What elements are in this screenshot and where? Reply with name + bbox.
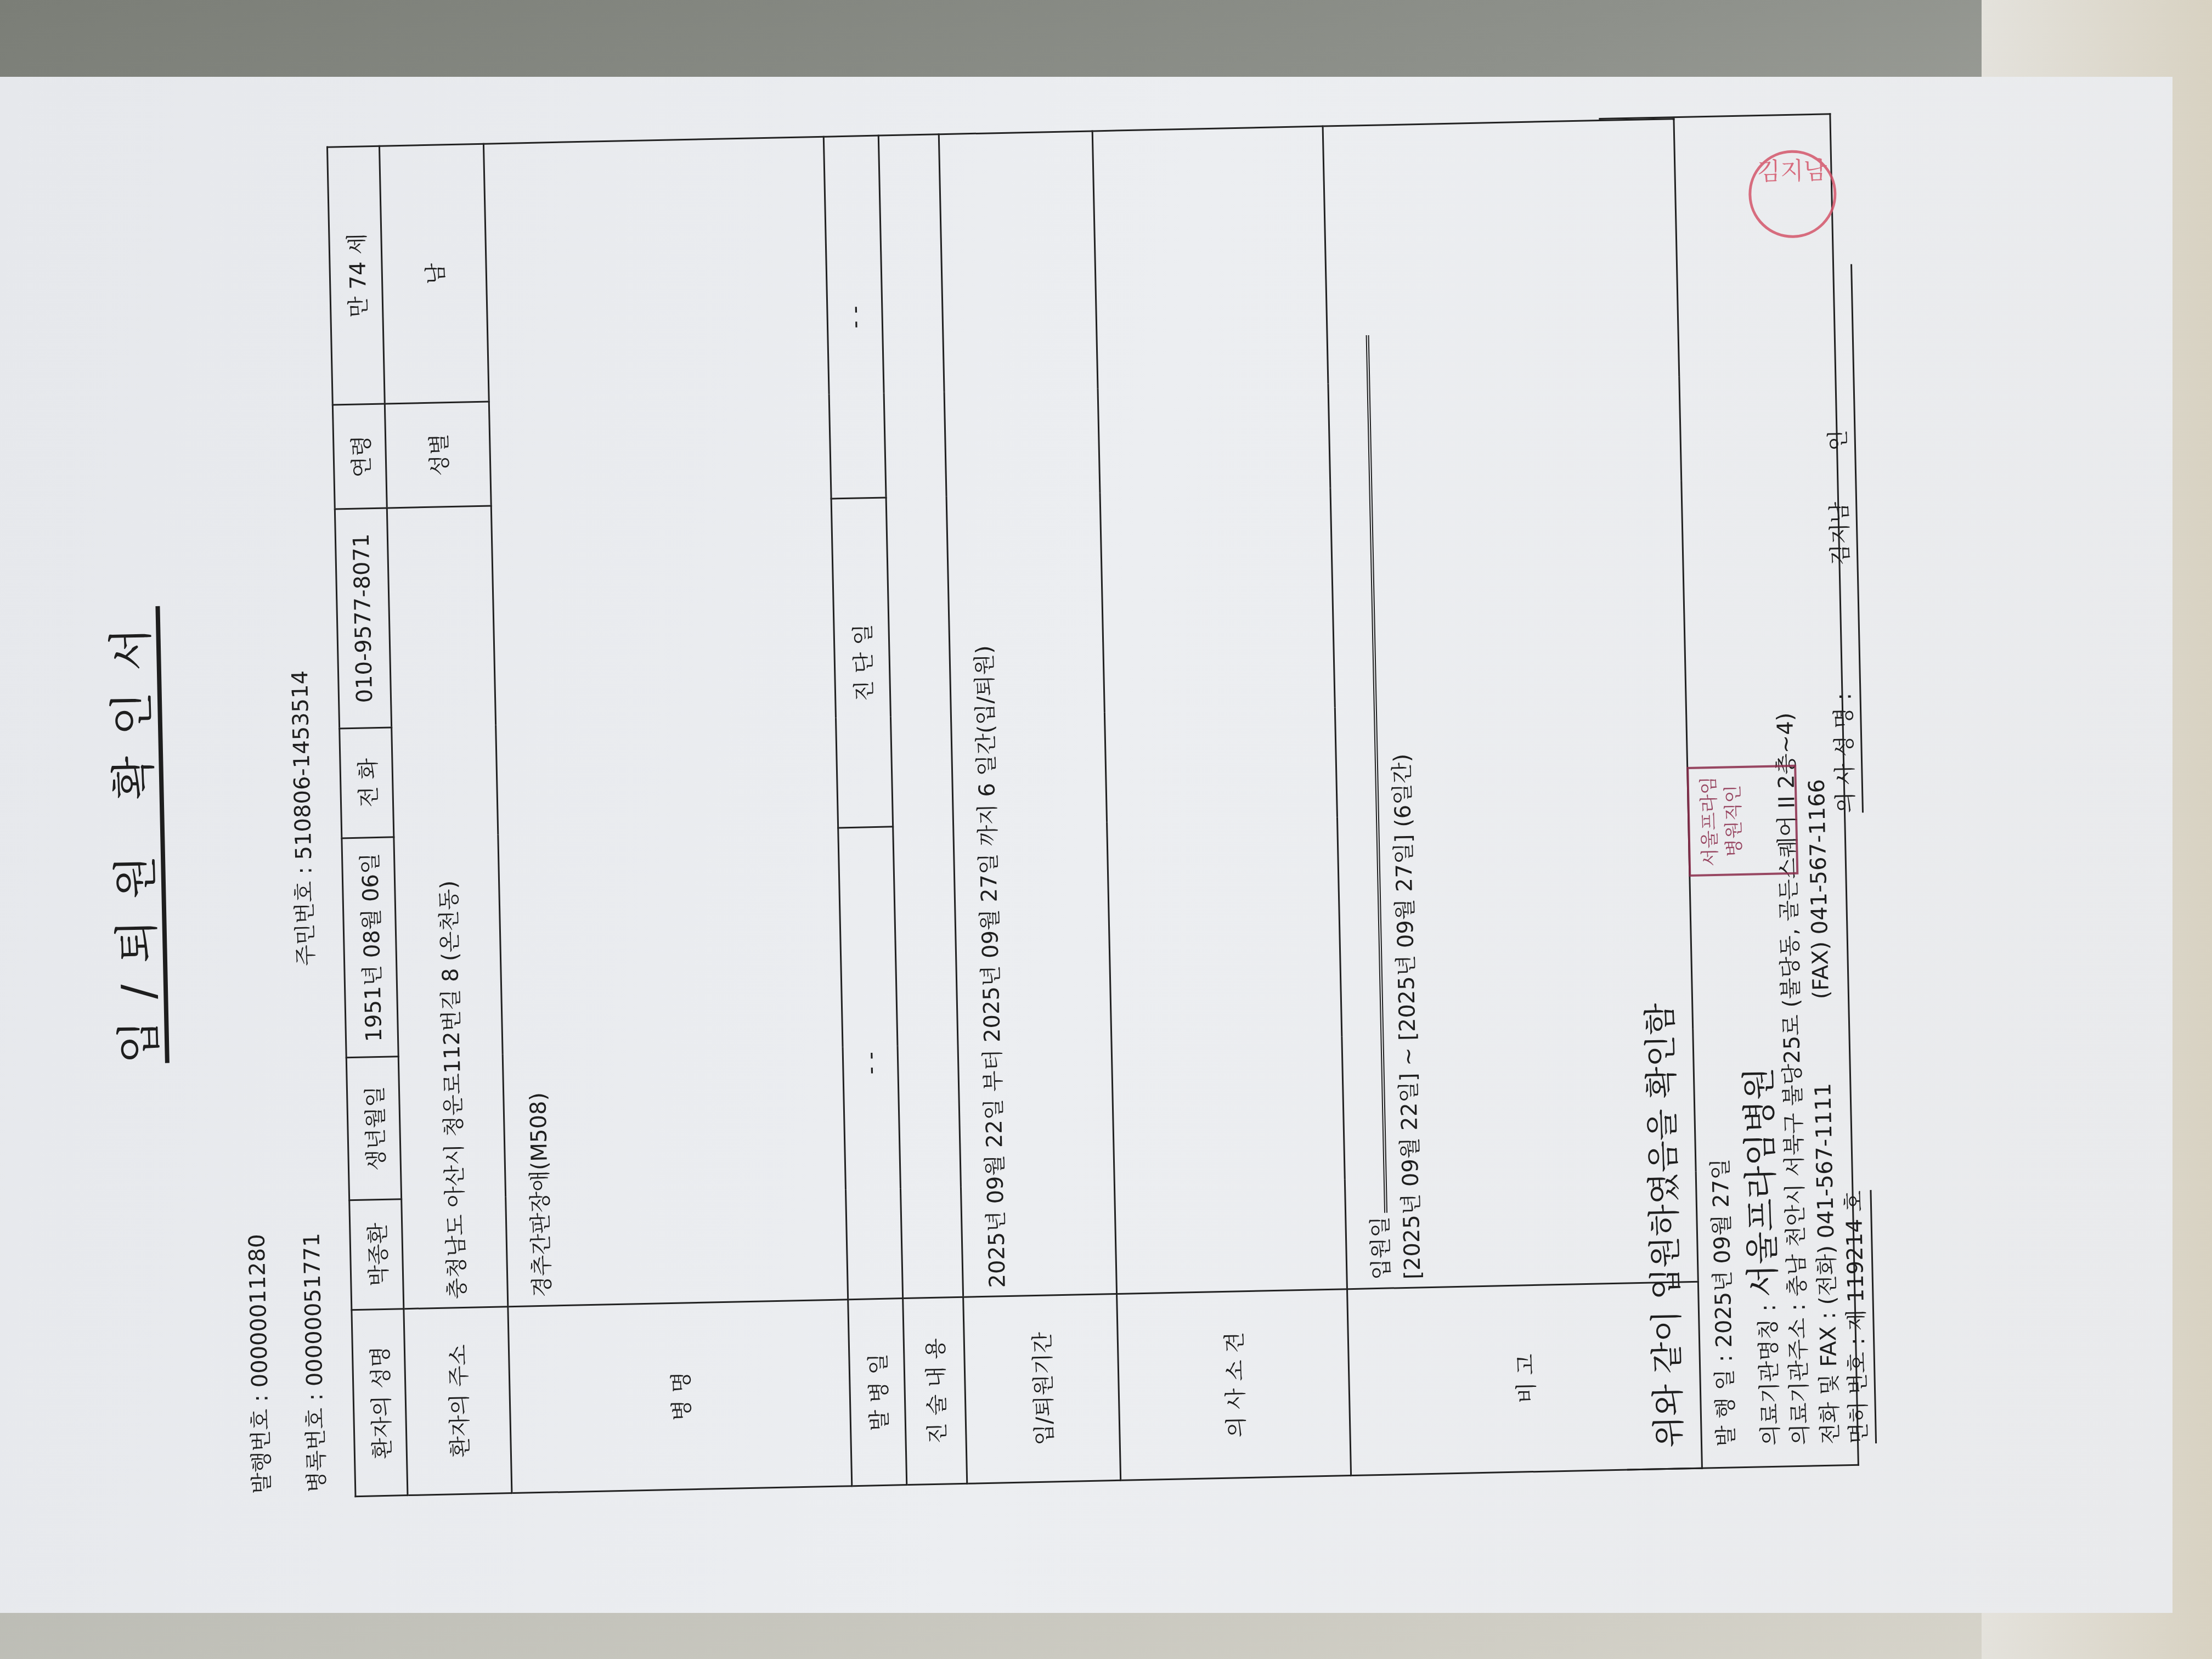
- sex-label: 성별: [385, 402, 491, 508]
- patient-sex: 남: [379, 144, 489, 404]
- patient-age: 만 74 세: [327, 146, 385, 405]
- period-value: 2025년 09월 22일 부터 2025년 09월 27일 까지 6 일간(입…: [939, 131, 1116, 1297]
- phone-label: 전 화: [340, 727, 394, 838]
- certificate-table: 환자의 성명 박종환 생년월일 1951년 08월 06일 전 화 010-95…: [326, 118, 1703, 1497]
- document-title: 입/퇴원 확인서: [83, 80, 179, 1590]
- period-label: 입/퇴원기간: [963, 1294, 1121, 1483]
- hospital-seal-stamp: 서울프라임병원직인: [1686, 765, 1798, 877]
- address-label: 환자의 주소: [404, 1307, 512, 1496]
- patient-address: 충청남도 아산시 청운로112번길 8 (온천동): [387, 506, 508, 1309]
- license-number: 면허 번호 : 제 119214 호: [1836, 1190, 1877, 1444]
- registration-number: 병록번호 : 00000051771: [294, 1233, 331, 1493]
- birth-label: 생년월일: [346, 1057, 401, 1200]
- diagnosis-date-value: - -: [823, 136, 886, 499]
- disease-row: 병 명 경추간판장애(M508): [483, 137, 851, 1493]
- opinion-row: 의 사 소 견: [1092, 126, 1351, 1480]
- admission-discharge-certificate: 입/퇴원 확인서 발행번호 : 00000011280 병록번호 : 00000…: [39, 45, 1865, 1591]
- disease-label: 병 명: [508, 1300, 852, 1493]
- onset-value: - -: [838, 827, 903, 1300]
- patient-birth: 1951년 08월 06일: [342, 837, 398, 1058]
- disease-value: 경추간판장애(M508): [483, 137, 848, 1307]
- statement-label: 진 술 내 용: [903, 1297, 967, 1485]
- opinion-value: [1092, 126, 1347, 1294]
- issue-number: 발행번호 : 00000011280: [239, 1234, 276, 1494]
- diagnosis-date-label: 진 단 일: [831, 498, 893, 828]
- opinion-label: 의 사 소 견: [1117, 1289, 1351, 1481]
- patient-phone: 010-9577-8071: [335, 508, 391, 729]
- name-label: 환자의 성명: [352, 1309, 408, 1497]
- onset-label: 발 병 일: [848, 1299, 907, 1486]
- age-label: 연령: [332, 404, 387, 509]
- resident-number: 주민번호 : 510806-1453514: [283, 670, 320, 967]
- patient-name: 박종환: [349, 1199, 404, 1310]
- period-row: 입/퇴원기간 2025년 09월 22일 부터 2025년 09월 27일 까지…: [939, 131, 1120, 1483]
